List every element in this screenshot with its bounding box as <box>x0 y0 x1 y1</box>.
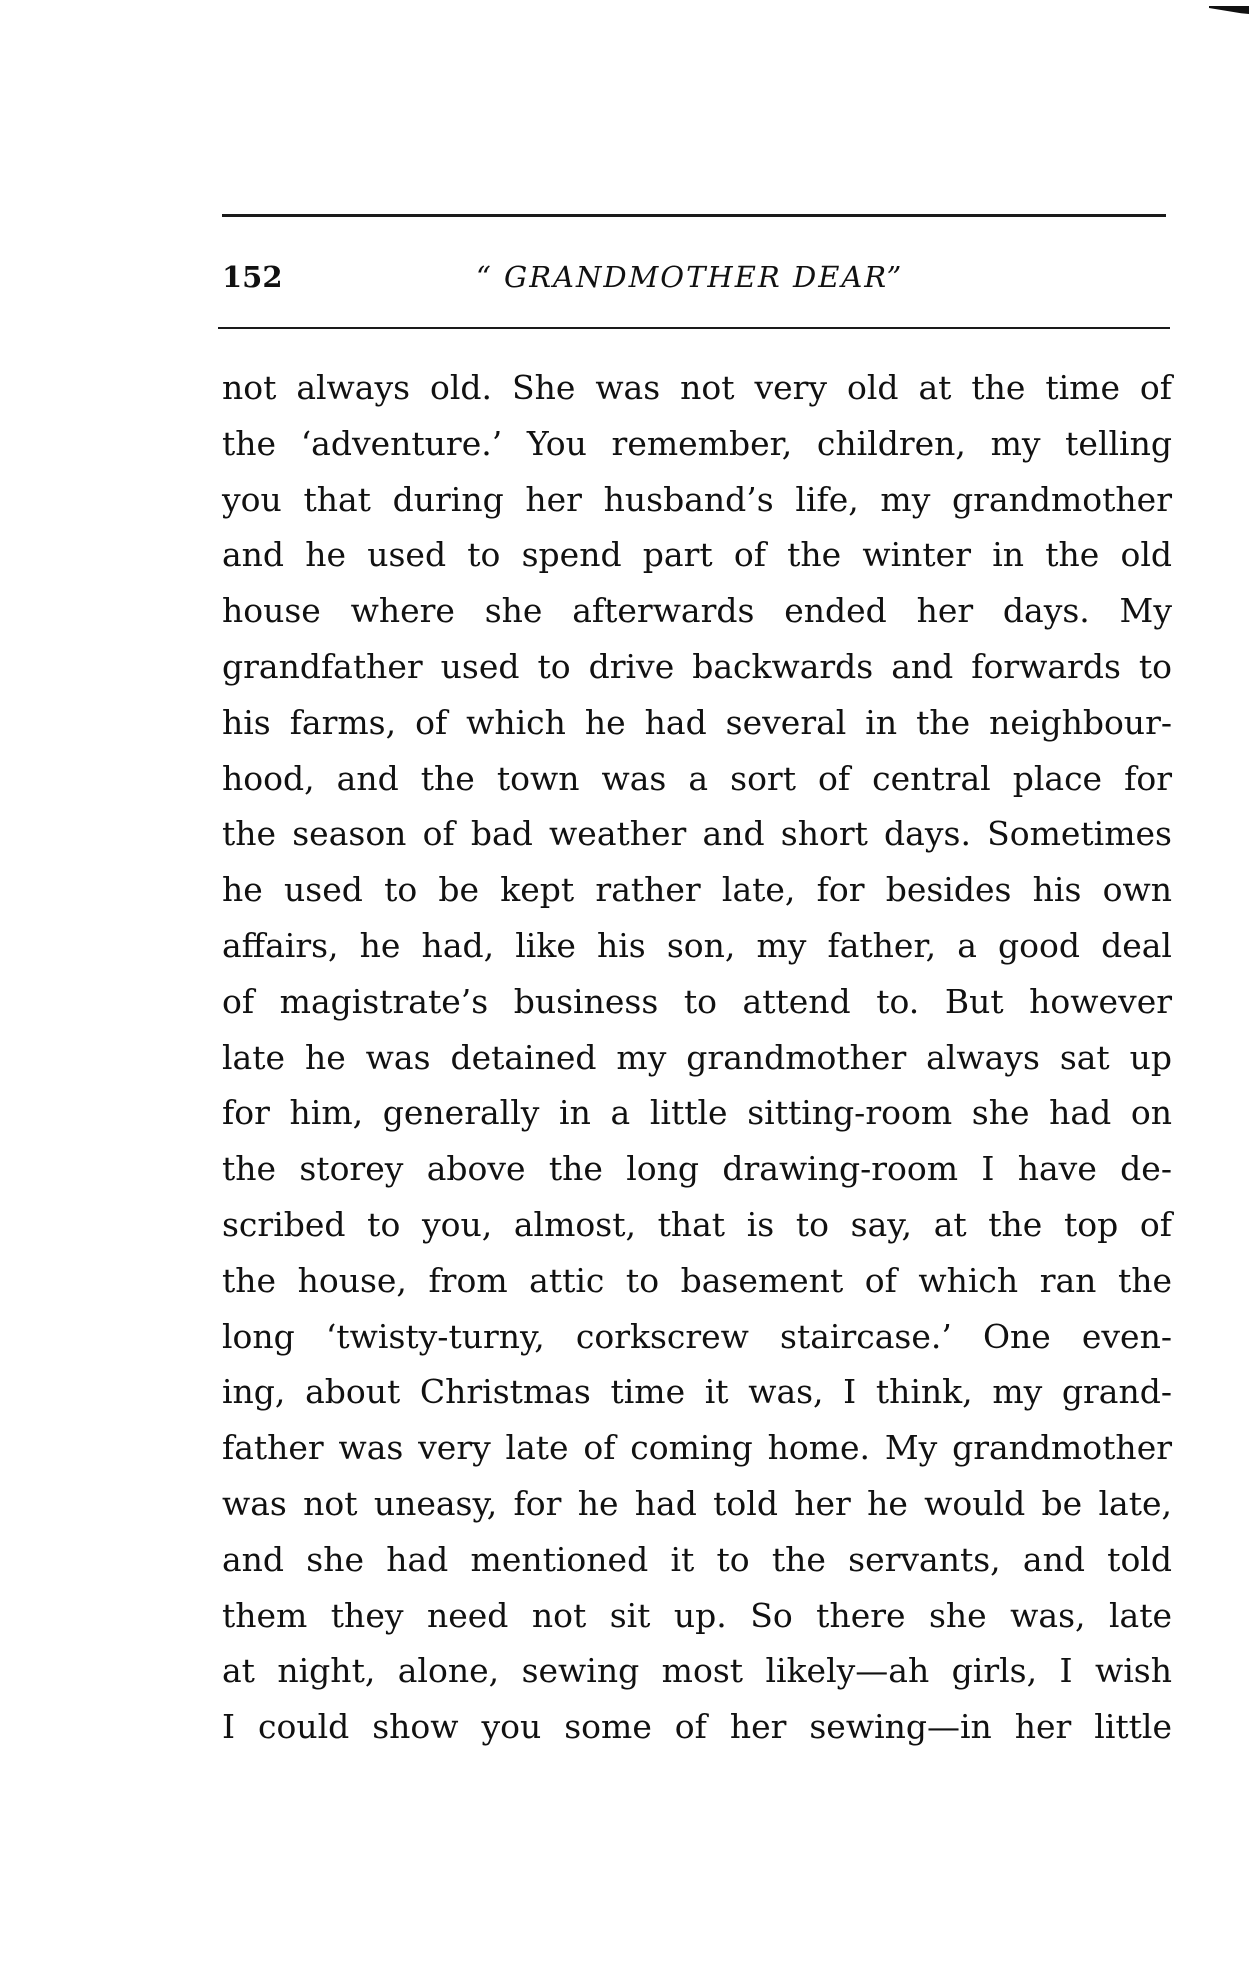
text-line: I could show you some of her sewing—in h… <box>222 1699 1172 1755</box>
body-text: not always old. She was not very old at … <box>222 360 1172 1755</box>
running-head: 152 “ GRANDMOTHER DEAR” <box>214 256 1174 300</box>
page-number: 152 <box>222 260 283 294</box>
text-line: house where she afterwards ended her day… <box>222 583 1172 639</box>
scan-edge-mark <box>1209 6 1249 14</box>
text-line: the house, from attic to basement of whi… <box>222 1253 1172 1309</box>
text-line: he used to be kept rather late, for besi… <box>222 862 1172 918</box>
header-top-rule <box>222 214 1166 217</box>
text-line: ing, about Christmas time it was, I thin… <box>222 1364 1172 1420</box>
text-line: at night, alone, sewing most likely—ah g… <box>222 1643 1172 1699</box>
text-line: was not uneasy, for he had told her he w… <box>222 1476 1172 1532</box>
text-line: long ‘twisty-turny, corkscrew staircase.… <box>222 1309 1172 1365</box>
text-line: his farms, of which he had several in th… <box>222 695 1172 751</box>
text-line: them they need not sit up. So there she … <box>222 1588 1172 1644</box>
text-line: hood, and the town was a sort of central… <box>222 751 1172 807</box>
text-line: father was very late of coming home. My … <box>222 1420 1172 1476</box>
text-line: and he used to spend part of the winter … <box>222 527 1172 583</box>
text-line: of magistrate’s business to attend to. B… <box>222 974 1172 1030</box>
text-line: the ‘adventure.’ You remember, children,… <box>222 416 1172 472</box>
text-line: scribed to you, almost, that is to say, … <box>222 1197 1172 1253</box>
running-title: “ GRANDMOTHER DEAR” <box>476 260 903 294</box>
text-line: for him, generally in a little sitting-r… <box>222 1085 1172 1141</box>
text-line: grandfather used to drive backwards and … <box>222 639 1172 695</box>
text-line: not always old. She was not very old at … <box>222 360 1172 416</box>
text-line: affairs, he had, like his son, my father… <box>222 918 1172 974</box>
text-line: late he was detained my grandmother alwa… <box>222 1030 1172 1086</box>
text-line: and she had mentioned it to the servants… <box>222 1532 1172 1588</box>
header-bottom-rule <box>218 327 1170 329</box>
text-line: the storey above the long drawing-room I… <box>222 1141 1172 1197</box>
text-line: the season of bad weather and short days… <box>222 806 1172 862</box>
text-line: you that during her husband’s life, my g… <box>222 472 1172 528</box>
book-page: 152 “ GRANDMOTHER DEAR” not always old. … <box>0 0 1253 1961</box>
